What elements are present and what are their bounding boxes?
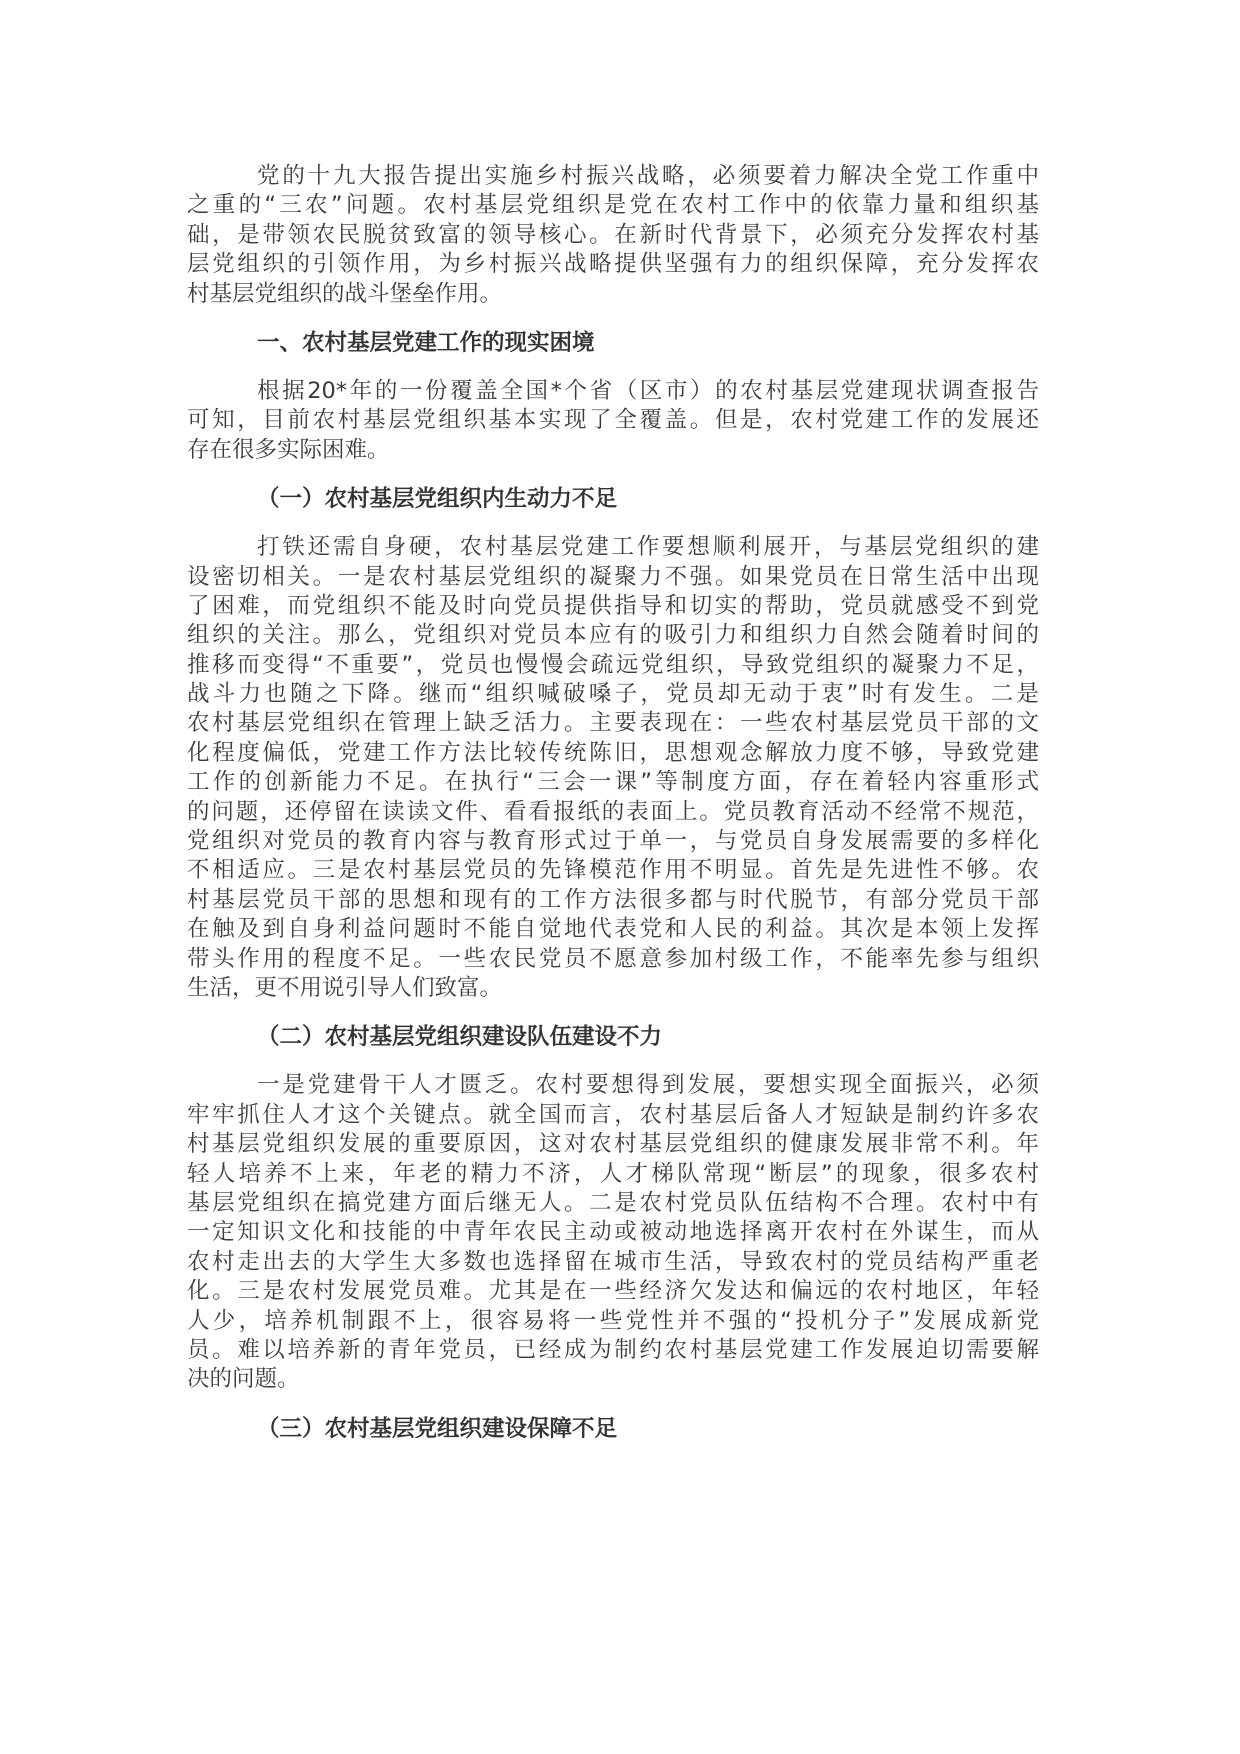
text-line: 党组织对党员的教育内容与教育形式过于单一，与党员自身发展需要的多样化 (187, 827, 1039, 856)
text-line: 不相适应。三是农村基层党员的先锋模范作用不明显。首先是先进性不够。农 (187, 856, 1039, 885)
text-line: 村基层党组织发展的重要原因，这对农村基层党组织的健康发展非常不利。年 (187, 1130, 1039, 1159)
subsection2-paragraph: 一是党建骨干人才匮乏。农村要想得到发展，要想实现全面振兴，必须 牢牢抓住人才这个… (187, 1071, 1039, 1394)
document-page: 党的十九大报告提出实施乡村振兴战略，必须要着力解决全党工作重中 之重的“三农”问… (187, 162, 1039, 1463)
text-line: 战斗力也随之下降。继而“组织喊破嗓子，党员却无动于衷”时有发生。二是 (187, 680, 1039, 709)
text-line: 设密切相关。一是农村基层党组织的凝聚力不强。如果党员在日常生活中出现 (187, 563, 1039, 592)
text-line: 村基层党组织的战斗堡垒作用。 (187, 280, 1039, 309)
text-line: 党的十九大报告提出实施乡村振兴战略，必须要着力解决全党工作重中 (187, 162, 1039, 191)
text-line: 存在很多实际困难。 (187, 436, 1039, 465)
text-line: 农村基层党组织在管理上缺乏活力。主要表现在：一些农村基层党员干部的文 (187, 709, 1039, 738)
text-line: 了困难，而党组织不能及时向党员提供指导和切实的帮助，党员就感受不到党 (187, 592, 1039, 621)
text-line: 决的问题。 (187, 1365, 1039, 1394)
text-line: 员。难以培养新的青年党员，已经成为制约农村基层党建工作发展迫切需要解 (187, 1336, 1039, 1365)
section-heading-1: 一、农村基层党建工作的现实困境 (187, 328, 1039, 358)
subsection-heading-2: （二）农村基层党组织建设队伍建设不力 (187, 1022, 1039, 1052)
text-line: 组织的关注。那么，党组织对党员本应有的吸引力和组织力自然会随着时间的 (187, 621, 1039, 650)
text-line: 人少，培养机制跟不上，很容易将一些党性并不强的“投机分子”发展成新党 (187, 1307, 1039, 1336)
section1-paragraph: 根据20*年的一份覆盖全国*个省（区市）的农村基层党建现状调查报告 可知，目前农… (187, 377, 1039, 465)
subsection-heading-3: （三）农村基层党组织建设保障不足 (187, 1414, 1039, 1444)
text-line: 工作的创新能力不足。在执行“三会一课”等制度方面，存在着轻内容重形式 (187, 768, 1039, 797)
text-line: 村基层党员干部的思想和现有的工作方法很多都与时代脱节，有部分党员干部 (187, 886, 1039, 915)
text-line: 带头作用的程度不足。一些农民党员不愿意参加村级工作，不能率先参与组织 (187, 945, 1039, 974)
text-line: 可知，目前农村基层党组织基本实现了全覆盖。但是，农村党建工作的发展还 (187, 406, 1039, 435)
text-line: 层党组织的引领作用，为乡村振兴战略提供坚强有力的组织保障，充分发挥农 (187, 250, 1039, 279)
text-line: 一是党建骨干人才匮乏。农村要想得到发展，要想实现全面振兴，必须 (187, 1071, 1039, 1100)
text-line: 打铁还需自身硬，农村基层党建工作要想顺利展开，与基层党组织的建 (187, 533, 1039, 562)
text-line: 生活，更不用说引导人们致富。 (187, 974, 1039, 1003)
text-line: 化。三是农村发展党员难。尤其是在一些经济欠发达和偏远的农村地区，年轻 (187, 1277, 1039, 1306)
text-line: 轻人培养不上来，年老的精力不济，人才梯队常现“断层”的现象，很多农村 (187, 1160, 1039, 1189)
text-line: 一定知识文化和技能的中青年农民主动或被动地选择离开农村在外谋生，而从 (187, 1218, 1039, 1247)
text-line: 根据20*年的一份覆盖全国*个省（区市）的农村基层党建现状调查报告 (187, 377, 1039, 406)
text-line: 农村走出去的大学生大多数也选择留在城市生活，导致农村的党员结构严重老 (187, 1248, 1039, 1277)
text-line: 的问题，还停留在读读文件、看看报纸的表面上。党员教育活动不经常不规范， (187, 798, 1039, 827)
subsection1-paragraph: 打铁还需自身硬，农村基层党建工作要想顺利展开，与基层党组织的建 设密切相关。一是… (187, 533, 1039, 1003)
subsection-heading-1: （一）农村基层党组织内生动力不足 (187, 484, 1039, 514)
text-line: 推移而变得“不重要”，党员也慢慢会疏远党组织，导致党组织的凝聚力不足， (187, 651, 1039, 680)
text-line: 础，是带领农民脱贫致富的领导核心。在新时代背景下，必须充分发挥农村基 (187, 221, 1039, 250)
intro-paragraph: 党的十九大报告提出实施乡村振兴战略，必须要着力解决全党工作重中 之重的“三农”问… (187, 162, 1039, 309)
text-line: 在触及到自身利益问题时不能自觉地代表党和人民的利益。其次是本领上发挥 (187, 915, 1039, 944)
text-line: 基层党组织在搞党建方面后继无人。二是农村党员队伍结构不合理。农村中有 (187, 1189, 1039, 1218)
text-line: 化程度偏低，党建工作方法比较传统陈旧，思想观念解放力度不够，导致党建 (187, 739, 1039, 768)
text-line: 之重的“三农”问题。农村基层党组织是党在农村工作中的依靠力量和组织基 (187, 191, 1039, 220)
text-line: 牢牢抓住人才这个关键点。就全国而言，农村基层后备人才短缺是制约许多农 (187, 1101, 1039, 1130)
